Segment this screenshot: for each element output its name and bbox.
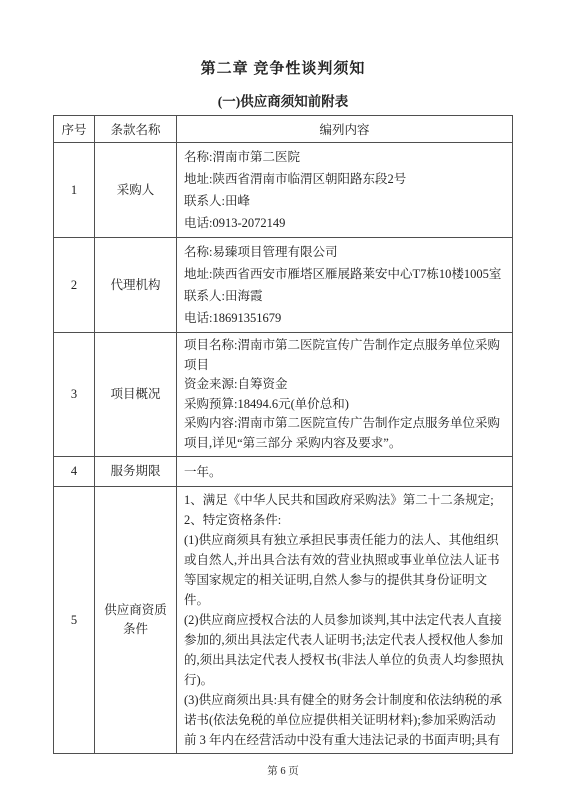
clause-name-cell: 服务期限 xyxy=(95,457,177,487)
content-paragraph: 资金来源:自筹资金 xyxy=(184,375,506,395)
table-row: 2代理机构名称:易臻项目管理有限公司地址:陕西省西安市雁塔区雁展路莱安中心T7栋… xyxy=(54,238,513,333)
header-listed-content: 编列内容 xyxy=(177,116,513,143)
content-paragraph: 一年。 xyxy=(184,462,506,482)
content-paragraph: (2)供应商应授权合法的人员参加谈判,其中法定代表人直接参加的,须出具法定代表人… xyxy=(184,610,506,690)
table-row: 1采购人名称:渭南市第二医院地址:陕西省渭南市临渭区朝阳路东段2号联系人:田峰电… xyxy=(54,143,513,238)
table-row: 4服务期限一年。 xyxy=(54,457,513,487)
content-paragraph: (1)供应商须具有独立承担民事责任能力的法人、其他组织或自然人,并出具合法有效的… xyxy=(184,530,506,610)
content-paragraph: 名称:渭南市第二医院 xyxy=(184,146,506,168)
chapter-title: 第二章 竞争性谈判须知 xyxy=(0,0,566,78)
content-paragraph: 采购预算:18494.6元(单价总和) xyxy=(184,395,506,415)
document-page: 第二章 竞争性谈判须知 (一)供应商须知前附表 序号 条款名称 编列内容 1采购… xyxy=(0,0,566,800)
content-paragraph: 电话:0913-2072149 xyxy=(184,212,506,234)
sequence-number-cell: 2 xyxy=(54,238,95,333)
content-paragraph: 1、满足《中华人民共和国政府采购法》第二十二条规定; xyxy=(184,490,506,510)
content-paragraph: 项目名称:渭南市第二医院宣传广告制作定点服务单位采购项目 xyxy=(184,336,506,375)
content-paragraph: 联系人:田海霞 xyxy=(184,285,506,307)
table-row: 3项目概况项目名称:渭南市第二医院宣传广告制作定点服务单位采购项目资金来源:自筹… xyxy=(54,333,513,457)
listed-content-cell: 名称:易臻项目管理有限公司地址:陕西省西安市雁塔区雁展路莱安中心T7栋10楼10… xyxy=(177,238,513,333)
sequence-number-cell: 4 xyxy=(54,457,95,487)
listed-content-cell: 项目名称:渭南市第二医院宣传广告制作定点服务单位采购项目资金来源:自筹资金采购预… xyxy=(177,333,513,457)
clause-name-cell: 采购人 xyxy=(95,143,177,238)
table-header-row: 序号 条款名称 编列内容 xyxy=(54,116,513,143)
header-clause-name: 条款名称 xyxy=(95,116,177,143)
sequence-number-cell: 5 xyxy=(54,487,95,754)
listed-content-cell: 名称:渭南市第二医院地址:陕西省渭南市临渭区朝阳路东段2号联系人:田峰电话:09… xyxy=(177,143,513,238)
listed-content-cell: 一年。 xyxy=(177,457,513,487)
supplier-pre-instructions-table: 序号 条款名称 编列内容 1采购人名称:渭南市第二医院地址:陕西省渭南市临渭区朝… xyxy=(53,115,513,754)
content-paragraph: (3)供应商须出具:具有健全的财务会计制度和依法纳税的承诺书(依法免税的单位应提… xyxy=(184,690,506,750)
content-paragraph: 2、特定资格条件: xyxy=(184,510,506,530)
clause-name-cell: 供应商资质条件 xyxy=(95,487,177,754)
content-paragraph: 地址:陕西省西安市雁塔区雁展路莱安中心T7栋10楼1005室 xyxy=(184,263,506,285)
page-number: 第 6 页 xyxy=(0,763,566,778)
content-paragraph: 采购内容:渭南市第二医院宣传广告制作定点服务单位采购项目,详见“第三部分 采购内… xyxy=(184,414,506,453)
clause-name-cell: 代理机构 xyxy=(95,238,177,333)
content-paragraph: 联系人:田峰 xyxy=(184,190,506,212)
content-paragraph: 电话:18691351679 xyxy=(184,307,506,329)
sequence-number-cell: 1 xyxy=(54,143,95,238)
content-paragraph: 名称:易臻项目管理有限公司 xyxy=(184,241,506,263)
content-paragraph: 地址:陕西省渭南市临渭区朝阳路东段2号 xyxy=(184,168,506,190)
sequence-number-cell: 3 xyxy=(54,333,95,457)
listed-content-cell: 1、满足《中华人民共和国政府采购法》第二十二条规定;2、特定资格条件:(1)供应… xyxy=(177,487,513,754)
clause-name-cell: 项目概况 xyxy=(95,333,177,457)
header-sequence-number: 序号 xyxy=(54,116,95,143)
table-row: 5供应商资质条件1、满足《中华人民共和国政府采购法》第二十二条规定;2、特定资格… xyxy=(54,487,513,754)
table-body: 1采购人名称:渭南市第二医院地址:陕西省渭南市临渭区朝阳路东段2号联系人:田峰电… xyxy=(54,143,513,754)
section-title: (一)供应商须知前附表 xyxy=(0,94,566,109)
